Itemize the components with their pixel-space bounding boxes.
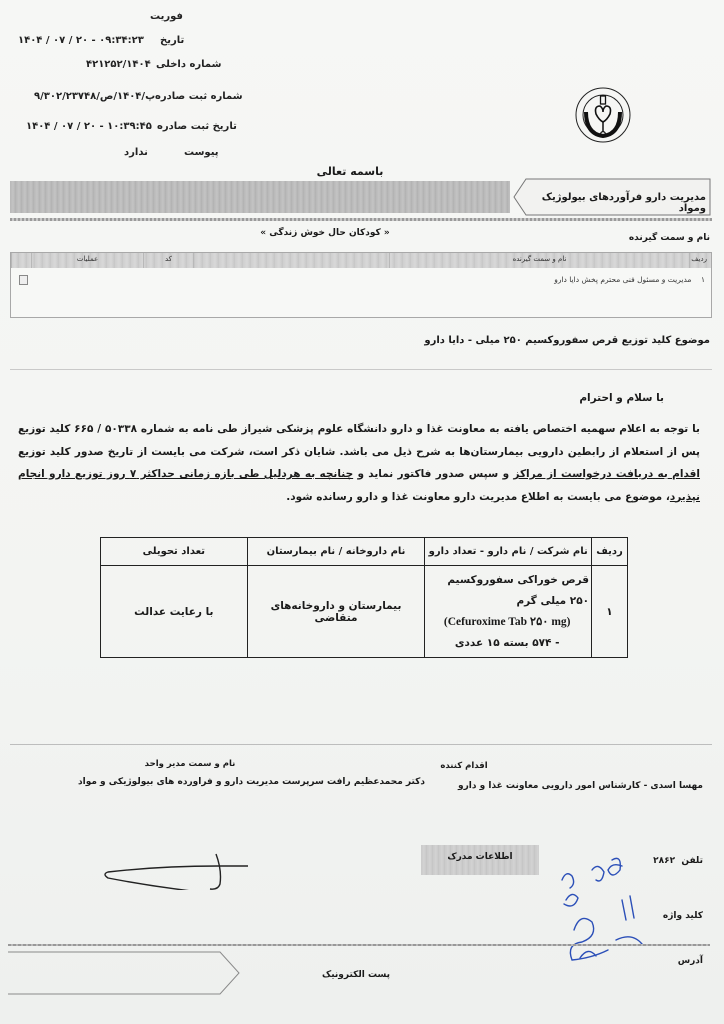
banner-divider <box>10 218 712 221</box>
recipient-row-index: ۱ <box>701 275 705 284</box>
unit-manager-name: دکتر محمدعظیم رافت سرپرست مدیریت دارو و … <box>78 777 425 787</box>
col-actions: عملیات <box>31 253 143 268</box>
outgoing-date-label: تاریخ ثبت صادره <box>157 121 237 132</box>
motto-text: « کودکان حال خوش زندگی » <box>260 228 390 238</box>
body-text: و سپس صدور فاکتور نماید و <box>353 468 513 480</box>
recipient-section-label: نام و سمت گیرنده <box>629 233 710 243</box>
date-label: تاریخ <box>160 35 184 46</box>
attachment-label: پیوست <box>184 147 219 158</box>
th-delivered: تعداد تحویلی <box>101 538 248 566</box>
drug-name-en: (Cefuroxime Tab ۲۵۰ mg) <box>425 612 589 633</box>
divider <box>10 744 712 745</box>
divider <box>10 369 712 370</box>
recipient-row: ۱ مدیریت و مسئول فنی محترم پخش دایا دارو <box>554 275 705 284</box>
phone-field: تلفن ۲۸۶۲ <box>653 856 703 866</box>
pharmacy-cell: بیمارستان و داروخانه‌های متقاضی <box>247 566 425 658</box>
body-underlined-text: اقدام به دریافت درخواست از مراکز <box>513 468 700 480</box>
email-field-tag <box>8 951 240 995</box>
letter-page: فوریت تاریخ ۱۴۰۴ / ۰۷ / ۲۰ - ۰۹:۳۴:۲۳ شم… <box>0 0 724 1024</box>
col-recipient: نام و سمت گیرنده <box>389 253 689 268</box>
drug-name-fa: قرص خوراکی سفوروکسیم ۲۵۰ میلی گرم <box>425 570 589 612</box>
actor-label: اقدام کننده <box>404 761 524 771</box>
basmala-heading: باسمه تعالی <box>300 165 400 178</box>
subject-line: موضوع کلید توزیع قرص سفوروکسیم ۲۵۰ میلی … <box>424 335 710 346</box>
phone-value: ۲۸۶۲ <box>653 856 675 866</box>
col-end <box>11 253 31 268</box>
divider <box>8 944 710 946</box>
document-info-box: اطلاعات مدرک <box>421 845 539 875</box>
department-banner-bar <box>10 181 510 213</box>
table-header-row: ردیف نام شرکت / نام دارو - تعداد دارو نا… <box>101 538 628 566</box>
drug-quantity: - ۵۷۴ بسته ۱۵ عددی <box>425 633 589 654</box>
department-title: مدیریت دارو فرآوردهای بیولوژیک ومواد <box>520 192 706 214</box>
recipient-grid: ردیف نام و سمت گیرنده کد عملیات ۱ مدیریت… <box>10 252 712 318</box>
body-text: با توجه به اعلام سهمیه اختصاص یافته به م… <box>18 423 700 458</box>
phone-label: تلفن <box>681 856 703 866</box>
th-drug: نام شرکت / نام دارو - تعداد دارو <box>425 538 592 566</box>
actor-name: مهسا اسدی - کارشناس امور دارویی معاونت غ… <box>458 781 703 791</box>
keyword-label: کلید واژه <box>663 911 703 921</box>
delivered-cell: با رعایت عدالت <box>101 566 248 658</box>
row-index: ۱ <box>592 566 628 658</box>
table-row: ۱ قرص خوراکی سفوروکسیم ۲۵۰ میلی گرم (Cef… <box>101 566 628 658</box>
date-value: ۱۴۰۴ / ۰۷ / ۲۰ - ۰۹:۳۴:۲۳ <box>18 35 144 46</box>
col-index: ردیف <box>689 253 711 268</box>
internal-number-label: شماره داخلی <box>156 59 221 70</box>
recipient-row-name: مدیریت و مسئول فنی محترم پخش دایا دارو <box>554 275 691 284</box>
handwritten-note <box>552 840 662 975</box>
outgoing-number-value: ۹/۳۰۲/۲۳۷۴۸/پ/۱۴۰۴/ص <box>34 91 155 102</box>
th-index: ردیف <box>592 538 628 566</box>
unit-manager-label: نام و سمت مدیر واحد <box>130 759 250 769</box>
drug-cell: قرص خوراکی سفوروکسیم ۲۵۰ میلی گرم (Cefur… <box>425 566 592 658</box>
signature-mark <box>100 850 260 890</box>
university-logo-icon <box>572 82 634 152</box>
body-paragraph: با توجه به اعلام سهمیه اختصاص یافته به م… <box>18 418 700 508</box>
col-code: کد <box>143 253 193 268</box>
outgoing-date-value: ۱۴۰۴ / ۰۷ / ۲۰ - ۱۰:۳۹:۴۵ <box>26 121 152 132</box>
document-icon[interactable] <box>19 275 28 285</box>
col-spacer <box>193 253 389 268</box>
th-pharmacy: نام داروخانه / نام بیمارستان <box>247 538 425 566</box>
address-label: آدرس <box>678 956 703 966</box>
priority-label: فوریت <box>150 11 183 22</box>
recipient-grid-header: ردیف نام و سمت گیرنده کد عملیات <box>11 253 711 268</box>
distribution-table: ردیف نام شرکت / نام دارو - تعداد دارو نا… <box>100 537 628 658</box>
outgoing-number-label: شماره ثبت صادره <box>155 91 243 102</box>
attachment-value: ندارد <box>124 147 148 158</box>
greeting-text: با سلام و احترام <box>579 392 664 404</box>
body-text: ، موضوع می بایست به اطلاع مدیریت دارو مع… <box>286 491 670 503</box>
email-label: پست الکترونیک <box>322 970 390 980</box>
internal-number-value: ۴۲۱۲۵۲/۱۴۰۴ <box>86 59 151 70</box>
